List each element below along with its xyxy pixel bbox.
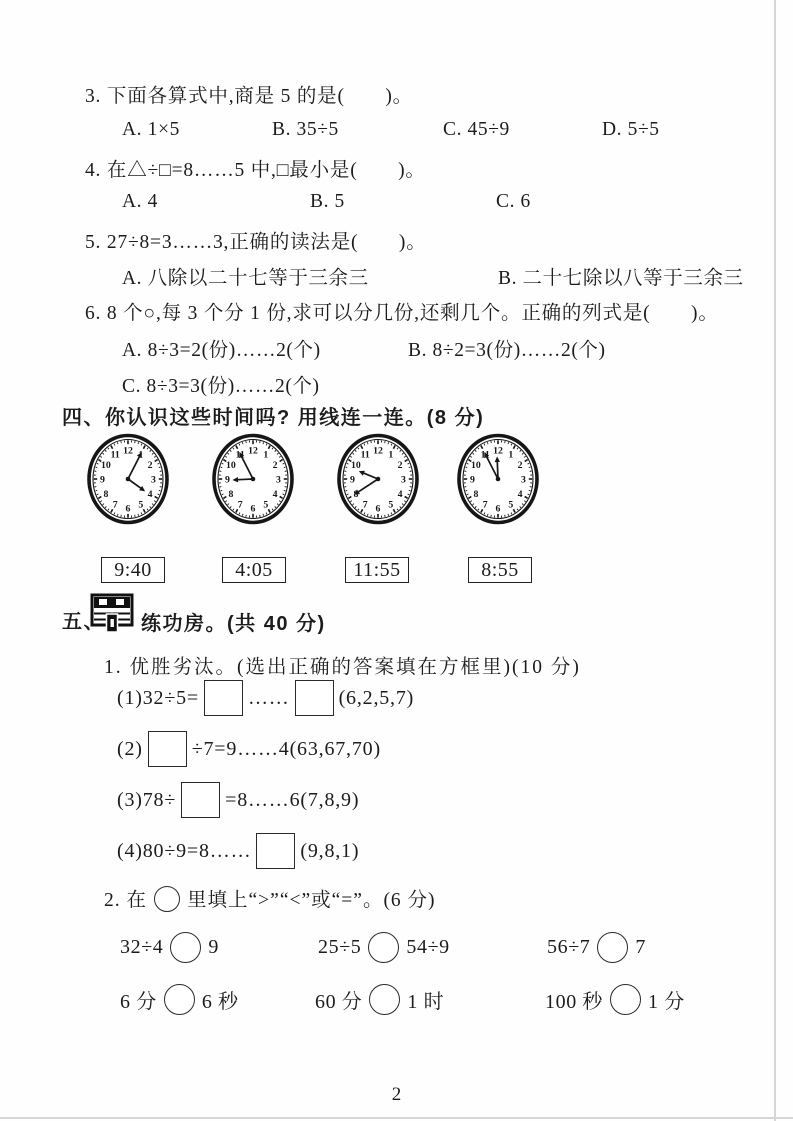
- answer-box[interactable]: [204, 680, 243, 716]
- svg-text:6: 6: [376, 503, 381, 514]
- answer-box[interactable]: [148, 731, 187, 767]
- fill-item-2: (2) ÷7=9……4(63,67,70): [117, 731, 381, 767]
- sub-question-1-title: 1. 优胜劣汰。(选出正确的答案填在方框里)(10 分): [104, 651, 581, 679]
- sub-question-2-title-post: 里填上“>”“<”或“=”。(6 分): [187, 890, 436, 911]
- question-6-stem: 6. 8 个○,每 3 个分 1 份,求可以分几份,还剩几个。正确的列式是( )…: [85, 297, 719, 325]
- svg-text:12: 12: [248, 445, 258, 456]
- option-6c: C. 8÷3=3(份)……2(个): [122, 370, 320, 398]
- comparison-circle[interactable]: [610, 984, 641, 1015]
- comparison-right: 6 秒: [202, 985, 239, 1014]
- fill-item-1: (1)32÷5= …… (6,2,5,7): [117, 680, 414, 716]
- svg-text:9: 9: [100, 474, 105, 485]
- comparison-circle[interactable]: [170, 932, 201, 963]
- time-label-box-3[interactable]: 11:55: [345, 557, 409, 583]
- fill-item-4-post: (9,8,1): [300, 840, 359, 863]
- svg-text:4: 4: [148, 489, 153, 500]
- svg-text:2: 2: [148, 460, 153, 471]
- comparison-left: 100 秒: [545, 985, 603, 1014]
- comparison-circle[interactable]: [368, 932, 399, 963]
- comparison-item: 32÷49: [120, 932, 219, 963]
- svg-text:5: 5: [388, 500, 393, 511]
- answer-box[interactable]: [295, 680, 334, 716]
- sub-question-2-title: 2. 在里填上“>”“<”或“=”。(6 分): [104, 884, 436, 912]
- svg-text:12: 12: [493, 445, 503, 456]
- comparison-left: 56÷7: [547, 936, 590, 959]
- comparison-circle[interactable]: [164, 984, 195, 1015]
- comparison-item: 56÷77: [547, 932, 646, 963]
- comparison-left: 25÷5: [318, 936, 361, 959]
- page-edge-right: [774, 0, 776, 1121]
- option-3d: D. 5÷5: [602, 119, 660, 141]
- option-6a: A. 8÷3=2(份)……2(个): [122, 334, 321, 362]
- sub-question-2-title-pre: 2. 在: [104, 890, 147, 911]
- clock-face-1[interactable]: 123456789101112: [86, 432, 170, 526]
- clock-face-2[interactable]: 123456789101112: [211, 432, 295, 526]
- svg-text:6: 6: [251, 503, 256, 514]
- fill-item-4-pre: (4)80÷9=8……: [117, 840, 251, 863]
- svg-text:10: 10: [351, 460, 361, 471]
- svg-text:10: 10: [101, 460, 111, 471]
- svg-text:2: 2: [273, 460, 278, 471]
- svg-text:8: 8: [473, 489, 478, 500]
- svg-text:3: 3: [151, 474, 156, 485]
- comparison-item: 25÷554÷9: [318, 932, 450, 963]
- page-number: 2: [0, 1084, 793, 1106]
- svg-text:3: 3: [276, 474, 281, 485]
- svg-text:7: 7: [483, 500, 488, 511]
- fill-item-4: (4)80÷9=8…… (9,8,1): [117, 833, 359, 869]
- house-icon: [89, 592, 135, 638]
- svg-text:1: 1: [508, 449, 513, 460]
- svg-text:12: 12: [373, 445, 383, 456]
- comparison-right: 54÷9: [406, 936, 449, 959]
- answer-box[interactable]: [256, 833, 295, 869]
- comparison-right: 1 时: [407, 985, 444, 1014]
- svg-text:4: 4: [518, 489, 523, 500]
- comparison-left: 60 分: [315, 985, 362, 1014]
- option-5a: A. 八除以二十七等于三余三: [122, 262, 369, 290]
- fill-item-3-post: =8……6(7,8,9): [225, 789, 359, 812]
- option-4b: B. 5: [310, 191, 345, 213]
- svg-text:8: 8: [228, 489, 233, 500]
- comparison-item: 60 分1 时: [315, 984, 444, 1015]
- comparison-right: 9: [208, 936, 219, 959]
- svg-text:3: 3: [521, 474, 526, 485]
- svg-text:3: 3: [401, 474, 406, 485]
- svg-text:7: 7: [238, 500, 243, 511]
- question-5-stem: 5. 27÷8=3……3,正确的读法是( )。: [85, 226, 427, 254]
- option-3b: B. 35÷5: [272, 119, 339, 141]
- fill-item-1-pre: (1)32÷5=: [117, 687, 199, 710]
- option-5b: B. 二十七除以八等于三余三: [498, 262, 744, 290]
- comparison-item: 100 秒1 分: [545, 984, 685, 1015]
- svg-text:9: 9: [350, 474, 355, 485]
- option-6b: B. 8÷2=3(份)……2(个): [408, 334, 606, 362]
- option-4a: A. 4: [122, 191, 158, 213]
- clock-face-3[interactable]: 123456789101112: [336, 432, 420, 526]
- svg-text:9: 9: [225, 474, 230, 485]
- fill-item-1-mid: ……: [248, 687, 290, 710]
- svg-text:11: 11: [111, 449, 120, 460]
- svg-text:2: 2: [518, 460, 523, 471]
- svg-text:1: 1: [263, 449, 268, 460]
- svg-text:8: 8: [103, 489, 108, 500]
- comparison-right: 7: [635, 936, 646, 959]
- question-3-stem: 3. 下面各算式中,商是 5 的是( )。: [85, 80, 413, 108]
- time-label-box-1[interactable]: 9:40: [101, 557, 165, 583]
- svg-text:2: 2: [398, 460, 403, 471]
- svg-text:5: 5: [138, 500, 143, 511]
- comparison-circle[interactable]: [369, 984, 400, 1015]
- comparison-circle[interactable]: [597, 932, 628, 963]
- svg-text:6: 6: [126, 503, 131, 514]
- fill-item-2-pre: (2): [117, 738, 143, 761]
- comparison-left: 6 分: [120, 985, 157, 1014]
- comparison-item: 6 分6 秒: [120, 984, 239, 1015]
- svg-text:4: 4: [273, 489, 278, 500]
- section-5-title: 练功房。(共 40 分): [141, 607, 326, 636]
- question-4-stem: 4. 在△÷□=8……5 中,□最小是( )。: [85, 154, 426, 182]
- time-label-box-4[interactable]: 8:55: [468, 557, 532, 583]
- time-label-box-2[interactable]: 4:05: [222, 557, 286, 583]
- svg-text:7: 7: [363, 500, 368, 511]
- svg-text:4: 4: [398, 489, 403, 500]
- comparison-circle: [154, 886, 180, 912]
- svg-text:5: 5: [263, 500, 268, 511]
- comparison-right: 1 分: [648, 985, 685, 1014]
- fill-item-1-post: (6,2,5,7): [339, 687, 415, 710]
- fill-item-2-post: ÷7=9……4(63,67,70): [192, 738, 381, 761]
- svg-text:1: 1: [388, 449, 393, 460]
- svg-text:7: 7: [113, 500, 118, 511]
- worksheet-page: 3. 下面各算式中,商是 5 的是( )。 A. 1×5 B. 35÷5 C. …: [0, 0, 793, 1121]
- svg-text:10: 10: [226, 460, 236, 471]
- page-edge-bottom: [0, 1117, 793, 1119]
- comparison-left: 32÷4: [120, 936, 163, 959]
- svg-text:12: 12: [123, 445, 133, 456]
- option-3c: C. 45÷9: [443, 119, 510, 141]
- svg-text:6: 6: [496, 503, 501, 514]
- svg-text:5: 5: [508, 500, 513, 511]
- svg-text:10: 10: [471, 460, 481, 471]
- answer-box[interactable]: [181, 782, 220, 818]
- fill-item-3-pre: (3)78÷: [117, 789, 176, 812]
- fill-item-3: (3)78÷ =8……6(7,8,9): [117, 782, 359, 818]
- clock-face-4[interactable]: 123456789101112: [456, 432, 540, 526]
- option-3a: A. 1×5: [122, 119, 180, 141]
- svg-text:11: 11: [361, 449, 370, 460]
- option-4c: C. 6: [496, 191, 531, 213]
- section-4-title: 四、你认识这些时间吗? 用线连一连。(8 分): [62, 401, 484, 430]
- svg-text:9: 9: [470, 474, 475, 485]
